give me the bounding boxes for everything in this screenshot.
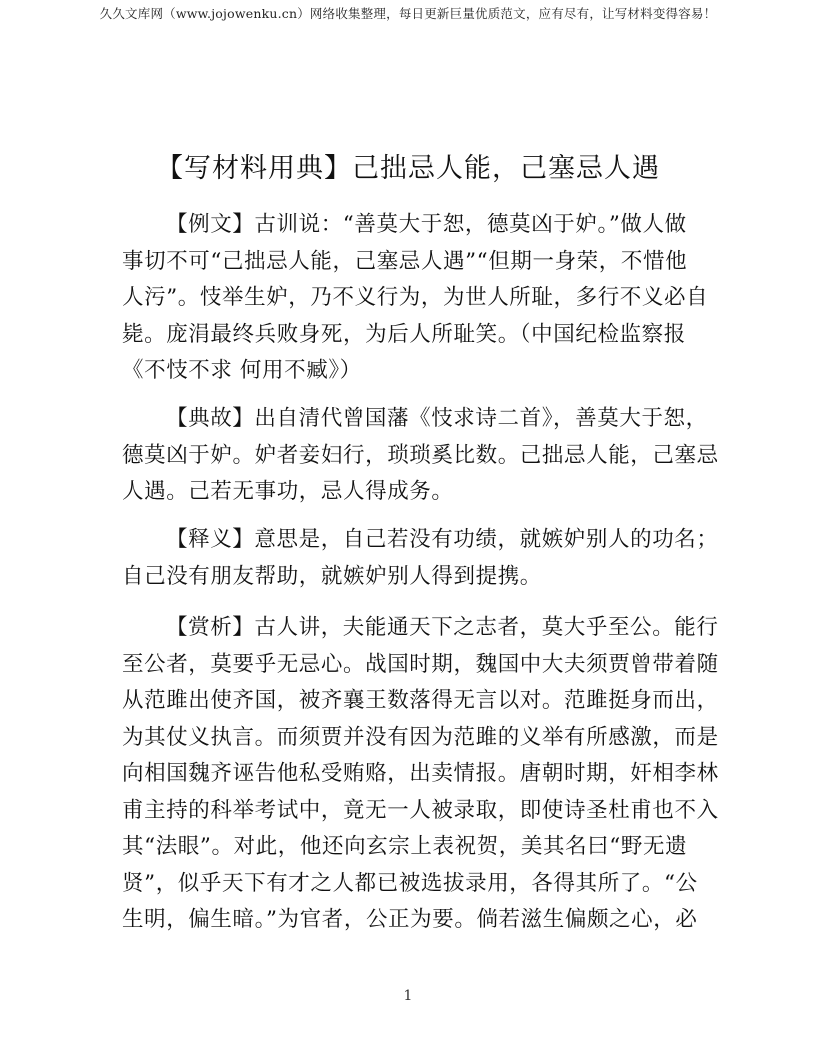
text-line: 人遇。己若无事功，忌人得成务。: [122, 474, 698, 511]
text-line: 人污”。忮举生妒，乃不义行为，为世人所耻，多行不义必自: [122, 280, 698, 317]
text-line: 《不忮不求 何用不臧》）: [122, 353, 698, 390]
paragraph-example: 【例文】古训说：“善莫大于恕，德莫凶于妒。”做人做 事切不可“己拙忌人能，己塞忌…: [122, 207, 698, 390]
text-line: 向相国魏齐诬告他私受贿赂，出卖情报。唐朝时期，奸相李林: [122, 756, 698, 793]
text-line: 【典故】出自清代曾国藩《忮求诗二首》，善莫大于恕，: [122, 401, 698, 438]
text-line: 自己没有朋友帮助，就嫉妒别人得到提携。: [122, 559, 698, 596]
text-line: 毙。庞涓最终兵败身死，为后人所耻笑。（中国纪检监察报: [122, 317, 698, 354]
text-line: 至公者，莫要乎无忌心。战国时期，魏国中大夫须贾曾带着随: [122, 647, 698, 684]
text-line: 从范雎出使齐国，被齐襄王数落得无言以对。范雎挺身而出，: [122, 683, 698, 720]
paragraph-allusion: 【典故】出自清代曾国藩《忮求诗二首》，善莫大于恕， 德莫凶于妒。妒者妾妇行，琐琐…: [122, 401, 698, 511]
document-title: 【写材料用典】己拙忌人能，己塞忌人遇: [0, 146, 816, 185]
text-line: 生明，偏生暗。”为官者，公正为要。倘若滋生偏颇之心，必: [122, 902, 698, 939]
text-line: 其“法眼”。对此，他还向玄宗上表祝贺，美其名曰“野无遗: [122, 829, 698, 866]
site-header-banner: 久久文库网（www.jojowenku.cn）网络收集整理，每日更新巨量优质范文…: [0, 4, 816, 22]
paragraph-meaning: 【释义】意思是，自己若没有功绩，就嫉妒别人的功名； 自己没有朋友帮助，就嫉妒别人…: [122, 522, 698, 595]
text-line: 【赏析】古人讲，夫能通天下之志者，莫大乎至公。能行: [122, 610, 698, 647]
text-line: 德莫凶于妒。妒者妾妇行，琐琐奚比数。己拙忌人能，己塞忌: [122, 438, 698, 475]
text-line: 事切不可“己拙忌人能，己塞忌人遇”“但期一身荣，不惜他: [122, 244, 698, 281]
text-line: 为其仗义执言。而须贾并没有因为范雎的义举有所感激，而是: [122, 720, 698, 757]
text-line: 【例文】古训说：“善莫大于恕，德莫凶于妒。”做人做: [122, 207, 698, 244]
page-number: 1: [0, 988, 816, 1004]
text-line: 【释义】意思是，自己若没有功绩，就嫉妒别人的功名；: [122, 522, 698, 559]
text-line: 贤”，似乎天下有才之人都已被选拔录用，各得其所了。“公: [122, 866, 698, 903]
paragraph-analysis: 【赏析】古人讲，夫能通天下之志者，莫大乎至公。能行 至公者，莫要乎无忌心。战国时…: [122, 610, 698, 939]
text-line: 甫主持的科举考试中，竟无一人被录取，即使诗圣杜甫也不入: [122, 793, 698, 830]
